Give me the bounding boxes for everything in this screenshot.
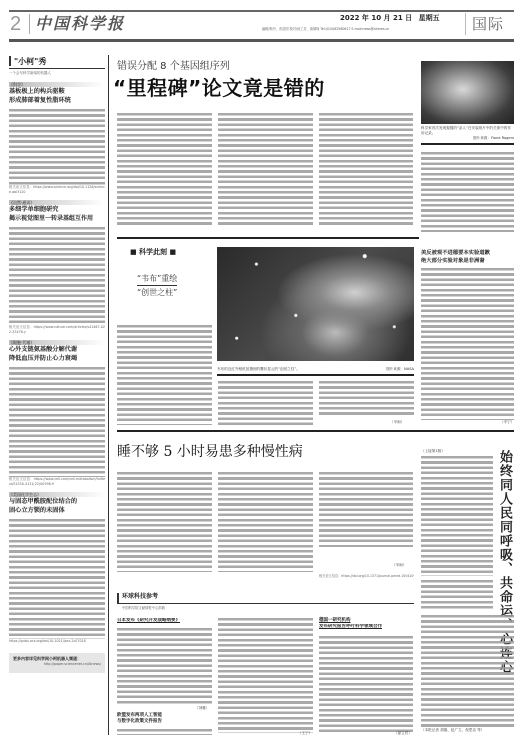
vertical-feature-body-wide [421,615,514,727]
article-title: 多细学单细胞研究 [9,205,105,214]
lead-bottom-rule [117,237,419,239]
article-body: 美国宾夕法尼亚大学Joshua D. Welch团队研究了将多数据融合为分析单细… [9,227,105,325]
date-text: 2022 年 10 月 21 日 [340,14,412,22]
article-link[interactable]: 相关论文信息：https://www.cell.com/cell-metabol… [9,477,105,486]
science-moment-title2: “创世之柱” [137,287,177,298]
env-item-title: 德国一研究机构 [319,618,414,624]
left-column-divider [108,55,109,735]
xiaoke-subtitle: 一个会写科学新闻的机器人 [9,71,105,76]
env-item-body: 近日，德国研究基金会发布研究报告…… [319,636,413,732]
vertical-feature-body: ……坚持以人民为中心的发展思想…… [421,456,493,576]
article-title: 基板极上的构兵驱鞍 [9,87,105,96]
editor-credits: 编辑/熊丹、晋浩园 校对/何工芳、唐婧琛 Tel:(010)62580617 E… [262,27,462,31]
left-article: 《细胞·代谢》 心外支链氨基酸分解代谢 降低血压并防止心力衰竭 美国密歇根州立大… [9,340,105,486]
sleep-body-col2 [218,472,313,572]
vertical-feature-body-lower [421,580,493,610]
article-title: 形成肺部着复性脂环统 [9,96,105,105]
lead-body-col1 [117,113,212,227]
article-title: 降低血压并防止心力衰竭 [9,354,105,363]
env-item-title-line2: 发布研究报告呼吁科学领域合作 [319,624,414,630]
env-item-body: 欧盟委员会联合研究中心发布了人工智能政策报告…… [117,729,212,735]
article-link[interactable]: 相关论文信息：https://www.science.org/doi/10.11… [9,185,105,194]
env-section-title: 环球科技参考 [122,592,158,602]
pillars-credit: 图片来源：NASA [365,367,414,372]
env-item-body: 日前，日本文部科学省发布了新的研究开发战略纲要…… [117,628,212,706]
science-moment-label: ■ 科学此刻 ■ [130,247,176,257]
sleep-body-col1: 本报讯 一项研究显示，50岁以上人群每晚睡眠不足5小时，患多种慢性病的风险会增加… [117,472,212,572]
lead-headline: “里程碑”论文竟是错的 [113,76,325,100]
lead-kicker: 错误分配 8 个基因组序列 [117,61,230,73]
issue-date: 2022 年 10 月 21 日 星期五 [340,14,440,23]
env-item-byline: （晏立哲） [394,731,412,736]
page-number: 2 [10,13,21,35]
sleep-body-col3 [319,472,413,547]
orangutan-caption: 科学家首次发现猩猩的“亲人”在安装纸片中的关系中的作用记录。 [421,126,514,136]
masthead-top-rule [9,10,514,12]
lead-body-col3 [319,113,413,227]
lead-body-col2 [218,113,313,227]
sleep-byline: （辛雨） [392,563,406,568]
left-article: 《科学》 基板极上的构兵驱鞍 形成肺部着复性脂环统 美国哈佛大学医学院Tom P… [9,82,105,194]
left-article: 《自然·通讯》 多细学单细胞研究 揭示视觉图里一转录基组互作用 美国宾夕法尼亚大… [9,200,105,334]
right-mid-byline: （辛宁） [500,420,514,425]
pillars-rule [217,374,414,376]
article-body: 美国哈佛大学医学院Tom Peng研究小组发现，基板极上的构兵 git 一团肺部… [9,109,105,185]
science-moment-col3 [319,381,414,417]
env-item-title: 日本发布《研究开发战略纲要》 [117,618,212,624]
orangutan-photo [421,61,514,124]
right-sidebar-body: 研究团队的科学家 Michael Krützen 研究了上百种行为中的“亲人”作… [421,152,514,232]
mid-rule [117,430,514,432]
article-link[interactable]: 相关论文信息：https://www.nature.com/articles/s… [9,325,105,334]
env-section-rule [117,603,414,604]
promo-box[interactable]: 更多内容详见科学网小柯机器人频道： http://paper.sciencene… [9,653,105,673]
right-mid-title2: 绝大部分实验对象是非洲裔 [421,257,514,265]
article-body: 美国密歇根州立大学医学院Zuben Assy团队研究发现，心外支链氨基酸（BCA… [9,367,105,477]
orangutan-rule [421,143,514,145]
env-item-byline: （刘雅） [195,706,209,711]
article-title: 揭示视觉图里一转录基组互作用 [9,214,105,223]
env-section-bar [117,593,119,603]
science-moment-body: 美国国家航空航天局近日发布了韦布空间望远镜拍摄的“创世之柱”图像，它们所在的鹰状… [117,325,212,425]
masthead-bottom-rule [9,39,514,42]
right-mid-title1: 美反被观不进德要本实验道歉 [421,249,514,257]
science-moment-byline: （辛雨） [390,420,404,425]
section-divider [465,13,466,35]
vertical-feature-byline: （本报记者 胡璇、赵广立、倪思洁 等） [421,728,514,733]
pillars-caption: 韦布的近红外相机拍摄到的鹰状星云的“创世之柱”。 [217,367,367,372]
env-col2-body [218,618,313,733]
env-section-subtitle: 中国科学院文献情报中心供稿 [122,605,165,610]
sleep-headline: 睡不够 5 小时易患多种慢性病 [117,443,303,461]
newspaper-name: 中国科学报 [35,14,125,34]
env-item-title: 欧盟发布两项人工智能 [117,713,212,719]
xiaoke-column-header: "小柯"秀 [9,55,105,67]
orangutan-credit: 图片来源：Fiona Rogers [421,136,514,141]
xiaoke-rule [9,68,105,69]
article-link[interactable]: https://pubs.acs.org/doi/10.1021/jacs.2c… [9,639,105,645]
sleep-link[interactable]: 相关论文信息：https://doi.org/10.1371/journal.p… [319,573,414,578]
xiaoke-title: "小柯"秀 [14,56,46,67]
left-article: 《美国化学会志》 与固态甲酰胺配位结合的 固心立方锁的未固体 清华大学研究团队发… [9,492,105,645]
right-mid-body: 美国宾夕法尼亚大学一项持续数十年的对人体的研究……宾夕法尼亚大学近日就此向公众道… [421,268,514,420]
science-moment-title1: “韦布”重绘 [137,273,177,286]
article-title: 与固态甲酰胺配位结合的 [9,497,105,506]
pillars-of-creation-photo [217,247,414,361]
env-item-title-line2: 与数字化政策文件报告 [117,719,212,725]
weekday-text: 星期五 [419,14,440,22]
env-col2-byline: （王宁） [298,731,312,736]
vertical-feature-kicker: （上接第1版） [421,449,445,454]
promo-link[interactable]: http://paper.sciencenet.cn/AInews/ [13,662,101,667]
article-body: 清华大学研究团队发现了与固态甲酰胺配位结合的固心立方锁的未固体…… [9,519,105,639]
science-moment-col2 [218,381,313,425]
header-bar [9,56,11,66]
article-title: 固心立方锁的未固体 [9,506,105,515]
left-column: "小柯"秀 一个会写科学新闻的机器人 《科学》 基板极上的构兵驱鞍 形成肺部着复… [9,55,105,735]
article-title: 心外支链氨基酸分解代谢 [9,345,105,354]
masthead-divider [29,14,30,34]
section-name: 国际 [472,15,504,33]
